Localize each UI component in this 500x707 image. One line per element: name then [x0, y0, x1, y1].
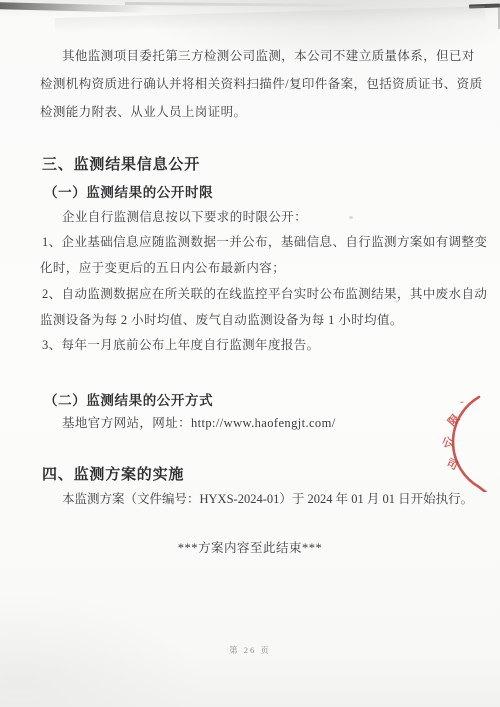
- seal-arc: [432, 392, 500, 492]
- section-3-2-subheading: （二）监测结果的公开方式: [44, 389, 213, 409]
- publication-website-line: 基地官方网站，网址：http://www.haofengjt.com/: [62, 413, 336, 431]
- section-4-heading: 四、监测方案的实施: [42, 463, 184, 484]
- document-page: { "intro_paragraph": { "lines": [ "其他监测项…: [0, 0, 500, 707]
- company-seal-stamp: 丶 限 公 司: [432, 392, 500, 492]
- list-item-2-line-2: 监测设备为每 2 小时均值、废气自动监测设备为每 1 小时均值。: [40, 310, 403, 328]
- plan-end-note: ***方案内容至此结束***: [0, 538, 500, 556]
- intro-paragraph-line-2: 检测机构资质进行确认并将相关资料扫描件/复印件备案，包括资质证书、资质: [40, 74, 482, 92]
- scan-smudge-dot: [349, 216, 353, 219]
- section-3-1-subheading: （一）监测结果的公开时限: [44, 181, 213, 201]
- section-3-heading: 三、监测结果信息公开: [42, 153, 200, 174]
- scan-shadow-top-middle: [125, 2, 355, 7]
- seal-char-gong: 公: [440, 433, 454, 451]
- page-number: 第 26 页: [0, 644, 500, 656]
- intro-paragraph-line-1: 其他监测项目委托第三方检测公司监测，本公司不建立质量体系，但已对: [62, 46, 475, 64]
- list-item-3-line-1: 3、每年一月底前公布上年度自行监测年度报告。: [42, 335, 320, 353]
- implementation-line: 本监测方案（文件编号：HYXS-2024-01）于 2024 年 01 月 01…: [62, 489, 473, 507]
- seal-char-xian: 限: [444, 411, 463, 430]
- intro-paragraph-line-3: 检测能力附表、从业人员上岗证明。: [40, 102, 246, 120]
- list-item-1-line-2: 化时，应于变更后的五日内公布最新内容；: [40, 258, 285, 276]
- list-item-1-line-1: 1、企业基础信息应随监测数据一并公布，基础信息、自行监测方案如有调整变: [42, 232, 487, 250]
- disclosure-timeline-intro: 企业自行监测信息按以下要求的时限公开：: [62, 207, 307, 225]
- list-item-2-line-1: 2、自动监测数据应在所关联的在线监控平台实时公布监测结果，其中废水自动: [42, 284, 487, 302]
- seal-char-si: 司: [444, 454, 461, 473]
- seal-char-mark: 丶: [456, 398, 468, 409]
